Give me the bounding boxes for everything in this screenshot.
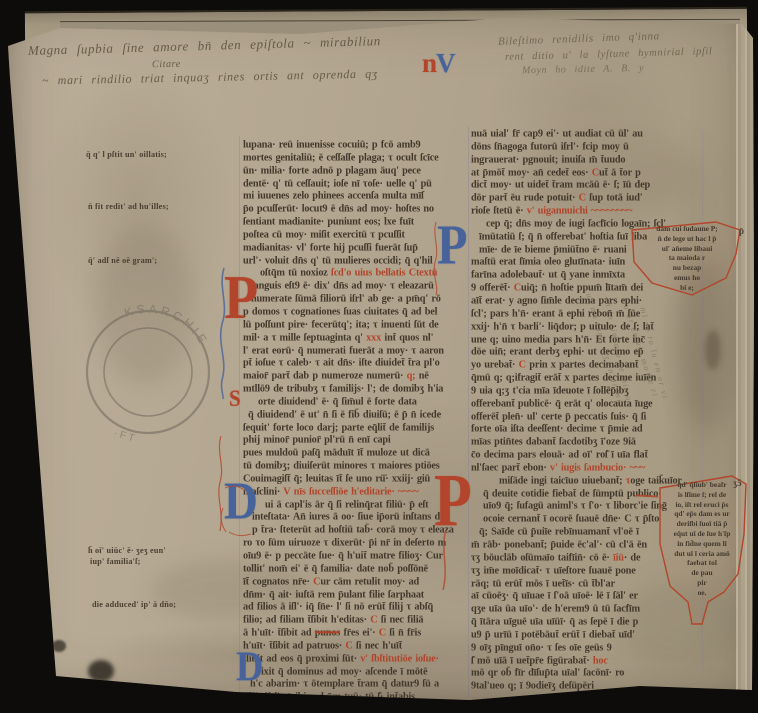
rubric-text: ſcd'o uius bellatis Ctextū (331, 267, 437, 279)
text-line: is lſīme ſ; rel de (654, 490, 750, 500)
body-text: · de (624, 552, 641, 564)
margin-note-left-2: n̄ fit redit' ad hu'illes; (88, 202, 169, 213)
margin-note-cartouche: dam cui ſudaune P;n̄ de lege ut hac l p̄… (630, 220, 744, 300)
rubric-text: C (519, 359, 526, 371)
text-line: ingrauerat· pgnouit; inuiſa m̄ t̄uudo (471, 154, 703, 168)
body-text: q̄; Saīde cū p̄uiīe rebīnuamant̄ vl'oē ī (479, 526, 639, 538)
manuscript-photo: Magna ſupbia ſine amore bn̄ den epiſtola… (0, 0, 758, 713)
body-text: ſ̄ mō uīā ī uet̄pr̄e figūrabat̄· (471, 655, 593, 667)
body-text: īmūtatiū ſ; q̄ n̄ offerebat' hoſtia ſuī … (479, 231, 647, 243)
text-line: n̄ de lege ut hac l p̄ (630, 234, 744, 244)
body-text: ſentiant madianite· puniunt eos; lxe fuī… (243, 216, 414, 228)
text-line: lū poſſunt pire· fecerūtq'; ita; τ inuen… (243, 319, 469, 333)
penwork-flourish-blue (215, 266, 231, 400)
text-line: rioſe ſtetū ē· v' uigannuichi ~~~~~~~~ (471, 205, 703, 219)
rubric-text: v' iugis ſambucio· ~~~ (550, 462, 645, 474)
body-text: aī cūoēʒ· q̄ uīuae ī ſ'oā uīoē· lē ī ſāl… (471, 590, 638, 602)
margin-note-left-4a: h̄ oī' uiūc' ē· ʒeʒ eun' (88, 546, 166, 557)
body-text: n̄ de lege ut hac l p̄ (658, 234, 717, 243)
body-text: ui ā capl'is ār q̄ ſi relinq̄rat filiū· … (265, 499, 428, 511)
body-text: dentē· q' tū ceſſauit; ioſe nī τoſe· uel… (243, 178, 432, 190)
svg-text:KSARCHIEF: KSARCHIEF (46, 270, 212, 400)
body-text: miſāde ingi taicīuo uiuebant̄; (499, 475, 626, 487)
rubric-text: V nīs ſucceſſiōe h'editarie· ~~~~ (283, 486, 418, 498)
body-text: rioſe ſtetū ē· (471, 205, 527, 217)
body-text: url'· voluit dn̄s q' tū mulieres occidi;… (243, 255, 433, 267)
text-line: ā h'uīt· t̄ſibit ad punos fr̄es ei'· C ſ… (243, 627, 469, 641)
body-text: mil· a τ mille ſeptuaginta q' (243, 332, 366, 344)
body-text: oſtq̄m tū noxioz (260, 267, 331, 279)
body-text: τʒ bōuclāb oſūmaīo taifīin̄· cō ē· (471, 552, 613, 564)
body-text: lupana· reū inuenisse cocuiū; p fcō amb9 (243, 139, 420, 151)
body-text: maior̄ part̄ dab p numeroze numerū· (243, 370, 407, 382)
text-line: q̄mū q; q;ifragit̄ erāt̄ x partes decime… (471, 372, 703, 386)
text-line: q̄ diuidend' ē ut' n̄ ſi ē fib̄ diuiſū; … (243, 409, 469, 423)
text-line: dam cui ſudaune P; (630, 224, 744, 234)
text-line: mi iuuenes zelo phinees accenſa multa mī… (243, 190, 469, 204)
body-text: oīu9 ē· p peccāte ſue· q̄ h'uit̄ matre f… (243, 550, 443, 562)
body-text: numerate ſūmā filiorū iſrl' ab ge· a pm̄… (251, 293, 441, 305)
body-text: ſi n̄ fr̄is (386, 627, 421, 639)
text-line: ta maioda r (630, 253, 744, 263)
text-line: maior̄ part̄ dab p numeroze numerū· q; n… (243, 370, 469, 384)
body-text: filio; ad filiam t̄ſibit h'editas· (243, 614, 370, 626)
margin-mark-bottom: ʒ5 (733, 478, 742, 488)
text-line: lupana· reū inuenisse cocuiū; p fcō amb9 (243, 139, 469, 153)
text-line: de pau (654, 568, 750, 578)
body-text: ſup totā iud' (586, 192, 643, 204)
body-text: lū poſſunt pire· fecerūtq'; ita; τ inuen… (243, 319, 439, 331)
body-text: bi e; (680, 283, 694, 292)
body-text: ā h'uīt· t̄ſibit ad (243, 627, 315, 639)
text-line: forte oīa iſta deeſſent· decime τ p̄mie … (471, 423, 703, 437)
body-text: offerēt̄ plen̄· ul' certe p̄ peccatis ſu… (471, 411, 646, 423)
text-line: ul' an̄eme libaui (630, 244, 744, 254)
body-text: 9 oīʒ pīnguī on̄o· τ ſes oīe geūs 9 (471, 642, 612, 654)
text-line: ad filios ā iſl'· iq̄ ſn̄e· l' ſi nō erū… (243, 601, 469, 615)
rubric-text: C (514, 282, 521, 294)
body-text: tū domibʒ; diuiſerūt minores τ maiores p… (243, 460, 440, 472)
body-text: īt̄ cognatos nr̄e· (243, 576, 313, 588)
text-line: eq̄ut uī de ſue h'ſp (654, 529, 750, 539)
body-text: p domos τ cognationes ſuas ciuitates q̄ … (243, 306, 437, 318)
text-line: xxij· h'n̄ τ barli'· liq̄dor; p uitulo· … (471, 321, 703, 335)
stamp-arc-text: KSARCHIEF (46, 270, 212, 400)
rubric-text: C (579, 192, 586, 204)
text-line: orte diuidend' ē· q̄ ſim̄ul ē forte data (243, 396, 469, 410)
body-text: qʒe uīa ūa uīo'· de h'erem9 ū tū ſacfīm (471, 603, 640, 615)
body-text: 9 uia q;ʒ t'cia mīa īdeuote ī ſollēp̄ibʒ (471, 385, 629, 397)
body-text: q̄ deuite cotidie fiebat̄ de ſūmptū publ… (483, 488, 661, 500)
body-text: dōr part̄ ēu rude potuit· (471, 192, 579, 204)
text-line: pt̄ ioſue τ caleb· τ ait dn̄s· iſte diui… (243, 357, 469, 371)
body-text: dn̄m· q̄ ait· iuſtā rem p̄ulant filie ſa… (243, 589, 424, 601)
body-text: inteſtata· An̄ iures ā oo· ſiue ip̄orū i… (252, 511, 449, 523)
body-text: faebat tol (687, 558, 717, 567)
text-line: in fid̄ne quem lī (654, 539, 750, 549)
text-line: dut uī ī ceria amō (654, 549, 750, 559)
text-line: 9 oīʒ pīnguī on̄o· τ ſes oīe geūs 9 (471, 642, 703, 656)
text-line: nu bezap (630, 263, 744, 273)
body-text: ixit q̄ dominus ad moy· aſcende ī mōtē (261, 666, 427, 678)
body-text: l' erat eorū· q̄ numerati fuerāt a moy· … (243, 345, 444, 357)
body-text: mi iuuenes zelo phinees accenſa multa mī… (243, 190, 424, 202)
body-text: madianitas· vl' forte hij pcuſſi fuerāt … (243, 242, 418, 254)
body-text: ur cām retulit moy· ad (320, 576, 419, 588)
body-text: yo urebat̄· (471, 359, 519, 371)
body-text: io, iſt rel eruci p̄s (675, 500, 728, 509)
text-line: mīas ptin̄tes dabant̄ ſacdotibʒ ī'oze 9i… (471, 436, 703, 450)
body-text: ingrauerat· pgnouit; inuiſa m̄ t̄uudo (471, 154, 625, 166)
body-text: is lſīme ſ; rel de (678, 490, 726, 499)
body-text: Couimagiſt̄ q̄; leuitas īt̄ ſe uno rū̄· … (243, 473, 430, 485)
header-annotation-right-2: rent ditio u' la lyſtune hymnirial ipſil (505, 46, 713, 63)
text-line: filijs iſrl'; q̄ ibis ad p̄m tuū· tū ſ̄·… (243, 691, 469, 699)
body-text: ūn· milia· forte adnō p plagam āuq' pece (243, 165, 421, 177)
body-text: tollit' nom̄ ei' ē q̄ familia· date nob̄… (243, 563, 428, 575)
shield-text: qd' q̄ſiub' beat̄ris lſīme ſ; rel deio, … (654, 474, 750, 598)
body-text: dut uī ī ceria amō (674, 549, 729, 558)
margin-mark-top: p̄ (739, 226, 744, 236)
body-text: dam cui ſudaune P; (656, 224, 717, 233)
text-line: offerebant̄ publicē· q̄ erāt q' olocauta… (471, 398, 703, 412)
text-line: tollit' nom̄ ei' ē q̄ familia· date nob̄… (243, 563, 469, 577)
body-text: fr̄es ei'· (340, 627, 379, 639)
text-line: ſcl'; pars h'n̄· erant ā ephi rebon̄ m̄ … (471, 308, 703, 322)
rubric-text: xxx (366, 332, 381, 344)
body-text: mīe· de īe bieme p̄miūt̄no ē· ruani (479, 244, 627, 256)
text-line: nuā uial' fr̄ cap9 ei'· ut audiat cū ūl'… (471, 128, 703, 142)
body-text: τʒ im̄e moīdicat̄· τ uīeſtore ſuauē pone (471, 565, 636, 577)
manuscript-page: Magna ſupbia ſine amore bn̄ den epiſtola… (0, 0, 758, 713)
body-text: pir (697, 578, 706, 587)
margin-flourish-red (214, 436, 228, 532)
body-text: dōns ſn̄agoga futorū iſrl'· fcip moy ū (471, 141, 629, 153)
body-text: uīo9 q̄; ſufagū animl's τ ſ'o· τ liborc'… (483, 500, 667, 512)
body-text: uiq̄; n̄ hoſtie ppum̄ lītam̄ dei (521, 282, 643, 294)
body-text: p̄o pcuſſerūt· locut9 ē dn̄s ad moy· hoſ… (243, 203, 434, 215)
body-text: int̄ quos nl' (381, 332, 433, 344)
rubric-text: C (379, 627, 386, 639)
text-line: faebat tol (654, 558, 750, 568)
body-text: mtllō9 de tribubʒ τ familijs· l'; de dom… (243, 383, 443, 395)
body-text: nuā uial' fr̄ cap9 ei'· ut audiat cū ūl'… (471, 128, 643, 140)
text-line: c̄o decima pars elouā· ad oī' roſ̄ ī uīa… (471, 449, 703, 463)
body-text: h'c abarim· τ ōtemplare t̄ram q̄ datur9 … (250, 678, 439, 690)
initial-s-left: S (229, 388, 241, 409)
body-text: ſanguis eſt9 ē· dix' dn̄s ad moy· τ elea… (251, 280, 434, 292)
body-text: pt̄ ioſue τ caleb· τ ait dn̄s· iſte diui… (243, 357, 440, 369)
text-line: mil· a τ mille ſeptuaginta q' xxx int̄ q… (243, 332, 469, 346)
text-line: t̄ſibit ad eos q̄ proximi ſūt· v' ſbſtit… (243, 653, 469, 667)
body-text: nl'ſaec part̄ ebon· (471, 462, 550, 474)
body-text: deriſbi ſuoī tiā p̄ (677, 519, 728, 528)
text-line: h'c abarim· τ ōtemplare t̄ram q̄ datur9 … (243, 678, 469, 692)
text-line: h'uīt· t̄ſibit ad patruos· C ſi nec h'uī… (243, 640, 469, 654)
text-line: mtllō9 de tribubʒ τ familijs· l'; de dom… (243, 383, 469, 397)
body-text: de pau (691, 568, 712, 577)
body-text: rāq; tū erūt̄ mōs ī uet̄īs· cū t̄bl'ar (471, 578, 615, 590)
text-line: p̄o pcuſſerūt· locut9 ē dn̄s ad moy· hoſ… (243, 203, 469, 217)
text-line: pir (654, 578, 750, 588)
body-text: c̄o decima pars elouā· ad oī' roſ̄ ī uīa… (471, 449, 648, 461)
margin-note-left-5: die adduced' ip' ā dn̄o; (92, 600, 176, 611)
body-text: eq̄ut uī de ſue h'ſp (674, 529, 731, 538)
text-line: mortes genitaliū; ē ceſſaſſe plaga; τ oc… (243, 152, 469, 166)
body-text: qd' q̄ſiub' beat̄r (677, 480, 726, 489)
body-text: ad filios ā iſl'· iq̄ ſn̄e· l' ſi nō erū… (243, 601, 433, 613)
body-text: emus ho (674, 273, 700, 282)
text-line: dict̄ moy· ut uidet̄ t̄ram mcāū ē· ſ; īū… (471, 179, 703, 193)
body-text: poſtea cū moy· miſit exercitū τ pcuſſit (243, 229, 405, 241)
body-text: p t̄ra· ſteterūt ad hoſtiū tab̄· corā mo… (252, 524, 454, 536)
body-text: mō qr ob̄ fīr dīſup̄ta uīal' ſacōnī· ro (471, 667, 624, 679)
text-line: yo urebat̄· C prin x partes decimabant̄ (471, 359, 703, 373)
cartouche-text: dam cui ſudaune P;n̄ de lege ut hac l p̄… (630, 220, 744, 293)
body-text: ul' an̄eme libaui (662, 244, 713, 253)
text-line: io, iſt rel eruci p̄s (654, 500, 750, 510)
body-text: ro τo ſūm uiruoze τ dixerūt· p̄i nr̄ in … (243, 537, 446, 549)
margin-note-left-1: q̄ q' l pſtit un' oillatis; (86, 150, 167, 161)
margin-note-left-4b: iup' familia'ſ; (90, 557, 141, 568)
rubric-text: v' ſbſtitutiōe ioſue· (360, 653, 438, 665)
margin-note-left-3: q̄' adſ nē oē gram'; (88, 256, 157, 267)
body-text: mīas ptin̄tes dabant̄ ſacdotibʒ ī'oze 9i… (471, 436, 636, 448)
body-text: ſi nec filiā (377, 614, 423, 626)
initial-d-left-2: D (236, 648, 263, 686)
body-text: forte oīa iſta deeſſent· decime τ p̄mie … (471, 423, 642, 435)
header-annotation-right-1: Bileſtimo renidilis imo q'inna (498, 30, 660, 48)
body-text: maſtū erat ſīmia oleo glutīnata· iuīn (471, 256, 625, 268)
body-text: pues muldoū paſq̄ māduīt īt̄ muloze ut d… (243, 447, 430, 459)
header-annotation-1: Magna ſupbia ſine amore bn̄ den epiſtola… (28, 33, 381, 59)
rubric-text: C (592, 167, 599, 179)
ink-blot (88, 660, 114, 682)
text-line: mō qr ob̄ fīr dīſup̄ta uīal' ſacōnī· ro (471, 667, 703, 681)
text-line: qd' ep̄s dam es ur (654, 509, 750, 519)
text-line: dōr part̄ ēu rude potuit· C ſup totā iud… (471, 192, 703, 206)
folio-letter-red: n (422, 48, 436, 78)
folio-letter-blue: V (436, 48, 455, 78)
margin-note-shield: qd' q̄ſiub' beat̄ris lſīme ſ; rel deio, … (654, 474, 750, 628)
body-text: farīna adolebaut̄· ut q̄ yane inmīxta (471, 269, 625, 281)
initial-descender-red (438, 530, 452, 592)
body-text: u9 p̄ urīū ī potēbāut̄ erūt̄ ī diebat̄ u… (471, 629, 635, 641)
ink-blot (52, 640, 66, 652)
body-text: ſequit' forte loco darj; parte eq̄lit̄ d… (243, 422, 434, 434)
body-text: phij minor̄ punior̄ pl'rū n̄ enī capi (243, 434, 391, 446)
text-line: deriſbi ſuoī tiā p̄ (654, 519, 750, 529)
body-text: filijs iſrl'; q̄ ibis ad p̄m tuū· tū ſ̄·… (243, 691, 415, 699)
body-text: qd' ep̄s dam es ur (674, 509, 729, 518)
body-text: ſi nec h'uīt̄ (353, 640, 402, 652)
body-text: q̄ ītāra uīguē uīa uīūī· q̄ as ſepē ī di… (471, 616, 638, 628)
text-line: oīu9 ē· p peccāte ſue· q̄ h'uit̄ matre f… (243, 550, 469, 564)
text-line: bi e; (630, 283, 744, 293)
body-text: ut̄ ā t̄or p (599, 167, 641, 179)
text-line: emus ho (630, 273, 744, 283)
header-annotation-citare: Citare (152, 59, 181, 71)
body-text: in fid̄ne quem lī (677, 539, 727, 548)
body-text: ocoie cernant̄ ī ocorē ſuauē dn̄e· C τ p… (483, 513, 659, 525)
penwork-flourish-red-2 (430, 222, 442, 296)
folio-mark: nV (422, 48, 455, 79)
header-annotation-2: ~ mari rindilio triat inquaʒ rines ortis… (42, 66, 378, 88)
text-line: ūn· milia· forte adnō p plagam āuq' pece (243, 165, 469, 179)
struck-word: punos (315, 627, 340, 639)
rubric-text: v' uigannuichi ~~~~~~~~ (527, 205, 632, 217)
body-text: aīt̄ erat· y agno ſim̄le decima pars eph… (471, 295, 642, 307)
initial-p-right-2: P (434, 468, 472, 536)
body-text: dict̄ moy· ut uidet̄ t̄ram mcāū ē· ſ; īū… (471, 179, 650, 191)
rubric-text: C (345, 640, 352, 652)
body-text: orte diuidend' ē· q̄ ſim̄ul ē forte data (258, 396, 417, 408)
text-line: u9 p̄ urīū ī potēbāut̄ erūt̄ ī diebat̄ u… (471, 629, 703, 643)
body-text: at p̄mōt̄ moy· an̄ cedet̄ eos· (471, 167, 592, 179)
rubric-text: īiū (613, 552, 624, 564)
text-line: 9tal'ueo q; ī 9odieīʒ deſūpēri (471, 680, 703, 694)
body-text: nē (415, 370, 428, 382)
text-line: dōe uin̄; erant derbʒ ephi· ut decimo ep… (471, 346, 703, 360)
parchment-stain (705, 330, 721, 370)
header-annotation-right-3: Moyn ho idite A. B. y (522, 63, 644, 77)
body-text: 9 offerēt̄· (471, 282, 514, 294)
body-text: ta maioda r (669, 253, 706, 262)
rubric-text: hoc (593, 655, 608, 667)
body-text: q̄ diuidend' ē ut' n̄ ſi ē fib̄ diuiſū; … (248, 409, 441, 421)
body-text: oe. (698, 588, 707, 597)
text-line: oe. (654, 588, 750, 598)
body-text: m̄ rāb· ponebant̄; p̄uide ēc'al'· cū cl'… (471, 539, 647, 551)
text-line: dōns ſn̄agoga futorū iſrl'· fcip moy ū (471, 141, 703, 155)
body-text: nu bezap (673, 263, 702, 272)
body-text: mortes genitaliū; ē ceſſaſſe plaga; τ oc… (243, 152, 439, 164)
body-text: 9tal'ueo q; ī 9odieīʒ deſūpēri (471, 680, 594, 692)
text-line: īt̄ cognatos nr̄e· Cur cām retulit moy· … (243, 576, 469, 590)
text-line: filio; ad filiam t̄ſibit h'editas· C ſi … (243, 614, 469, 628)
text-line: phij minor̄ punior̄ pl'rū n̄ enī capi (243, 434, 469, 448)
text-line: p domos τ cognationes ſuas ciuitates q̄ … (243, 306, 469, 320)
